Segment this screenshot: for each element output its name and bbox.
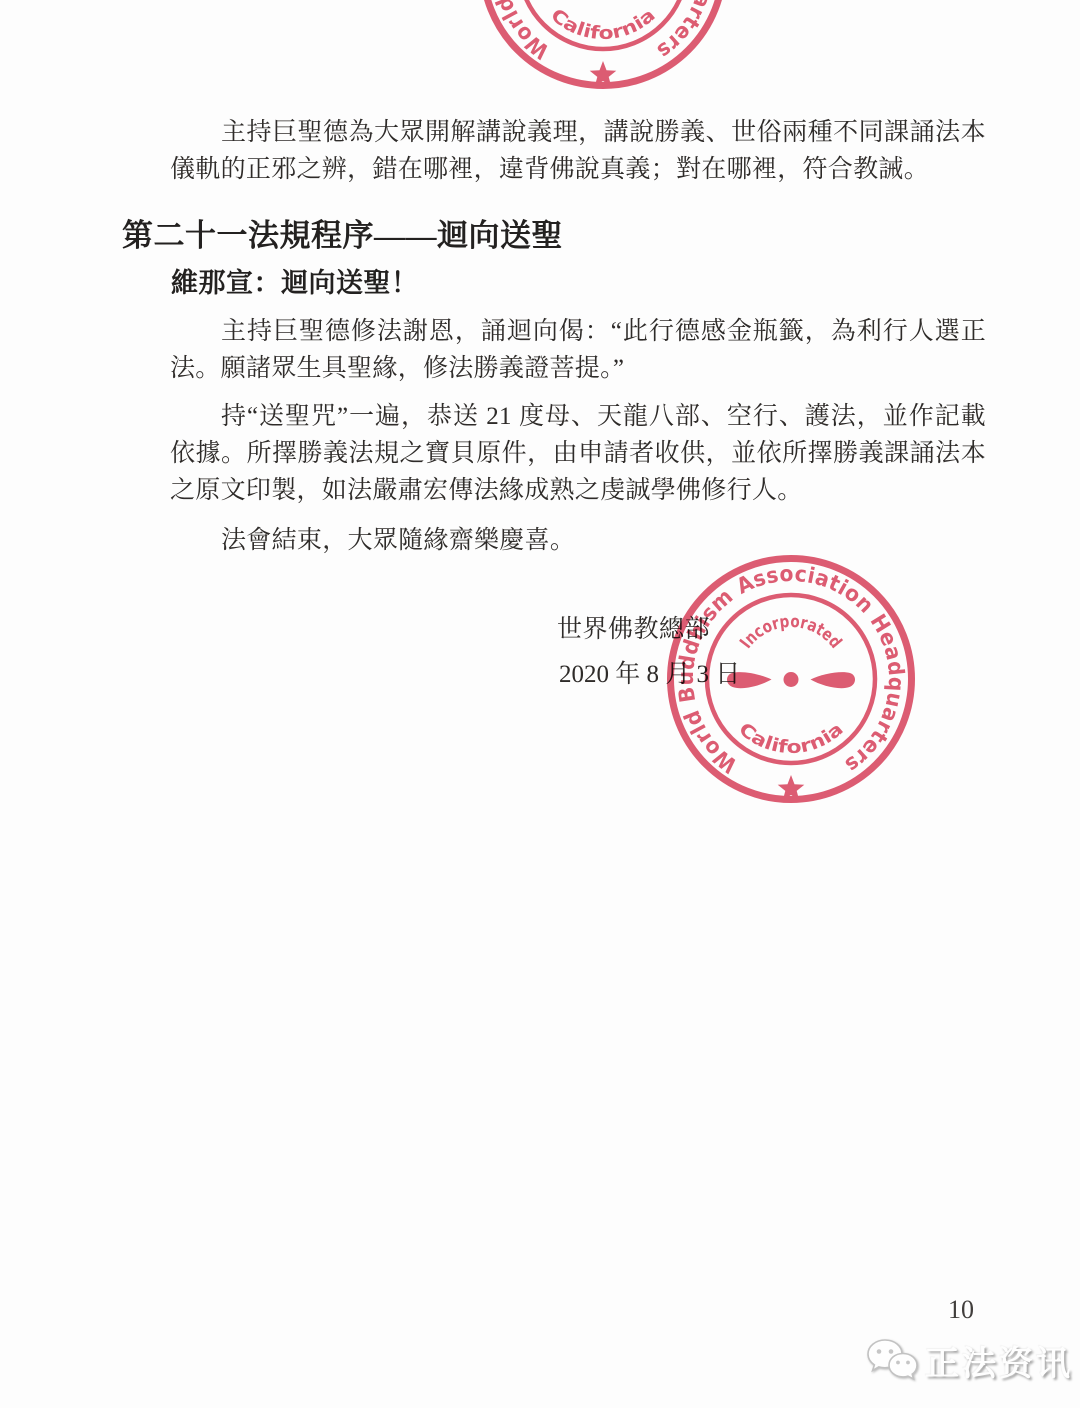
seal-center-dot-icon [784, 672, 799, 687]
wechat-icon [864, 1337, 920, 1385]
svg-text:Incorporated: Incorporated [736, 612, 845, 653]
seal-right-eye-icon [811, 672, 856, 688]
association-seal-top: World Buddhism Association Headquarters … [473, 0, 733, 95]
page-number: 10 [948, 1295, 974, 1325]
document-page: World Buddhism Association Headquarters … [0, 0, 1080, 1408]
paragraph-dedication-verse: 主持巨聖德修法謝恩，誦迴向偈：“此行德感金瓶籤，為利行人選正法。願諸眾生具聖緣，… [170, 313, 986, 387]
paragraph-send-off-mantra: 持“送聖咒”一遍，恭送 21 度母、天龍八部、空行、護法，並作記載依據。所擇勝義… [170, 398, 986, 509]
chant-announcement: 維那宣：迴向送聖！ [171, 261, 419, 300]
paragraph-lecture: 主持巨聖德為大眾開解講說義理，講說勝義、世俗兩種不同課誦法本儀軌的正邪之辨，錯在… [170, 114, 986, 188]
section-heading: 第二十一法規程序——迴向送聖 [122, 210, 563, 255]
watermark: 正法资讯 [864, 1336, 1073, 1385]
seal-incorporated-text: Incorporated [736, 612, 845, 653]
seal-texts: World Buddhism Association Headquarters … [486, 0, 720, 86]
association-seal: World Buddhism Association Headquarters … [661, 549, 921, 809]
seal-left-eye-icon [727, 672, 772, 688]
watermark-text: 正法资讯 [925, 1336, 1073, 1385]
